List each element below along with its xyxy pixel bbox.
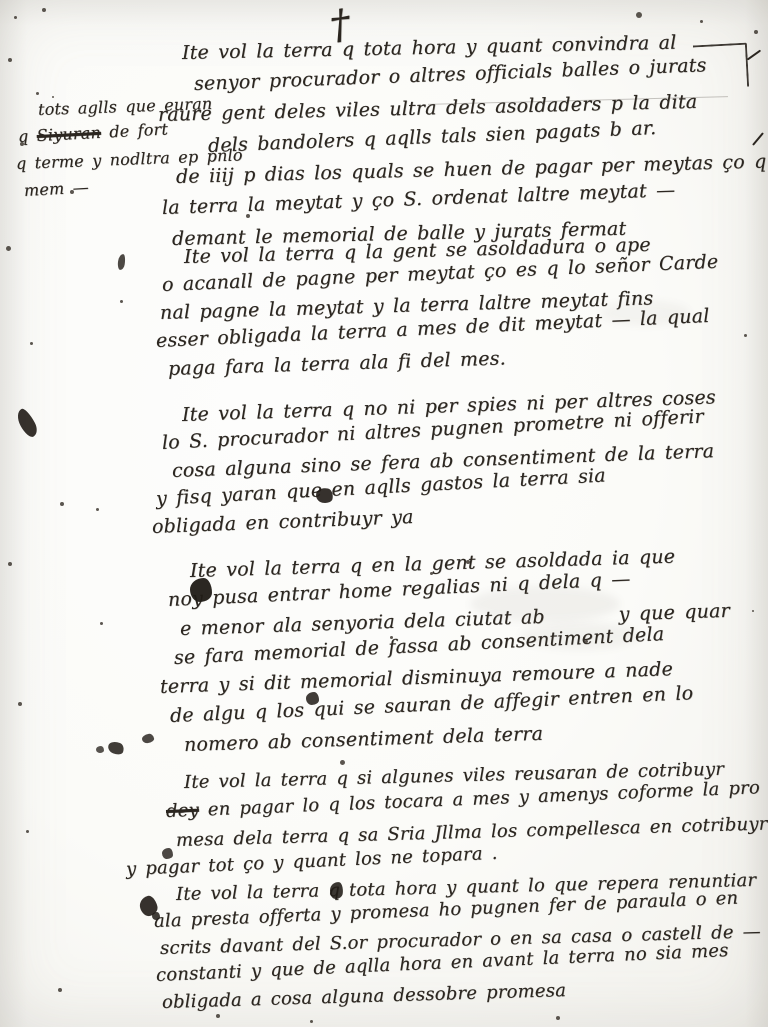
ink-blot	[152, 912, 160, 920]
ink-speck	[96, 508, 99, 511]
struck-text-segment: dey	[166, 800, 200, 822]
ink-speck	[36, 92, 39, 95]
ink-blot	[106, 740, 125, 757]
ink-speck	[340, 760, 345, 765]
ink-blot	[117, 254, 126, 271]
faded-ink-smudge	[600, 300, 690, 326]
ink-speck	[556, 1016, 560, 1020]
text-segment: paga fara la terra ala fi del mes.	[168, 347, 507, 380]
ink-speck	[14, 16, 17, 19]
ink-speck	[18, 702, 22, 706]
ink-blot	[306, 692, 319, 705]
ink-speck	[744, 334, 747, 337]
ink-speck	[636, 12, 642, 18]
ink-speck	[430, 572, 433, 575]
text-segment: nomero ab consentiment dela terra	[184, 723, 544, 756]
text-line: mem —	[23, 178, 89, 200]
ink-blot	[14, 406, 40, 439]
text-line: nomero ab consentiment dela terra	[184, 723, 544, 756]
ink-speck	[246, 214, 250, 218]
text-segment: obligada en contribuyr ya	[152, 506, 414, 538]
ink-speck	[100, 622, 103, 625]
text-line: obligada en contribuyr ya	[152, 506, 414, 538]
ink-speck	[20, 142, 24, 146]
ink-blot	[96, 746, 104, 753]
text-line: q Siyuran de fort	[18, 119, 169, 146]
text-line: paga fara la terra ala fi del mes.	[168, 347, 507, 380]
ink-speck	[6, 246, 11, 251]
ink-speck	[120, 300, 123, 303]
ink-speck	[70, 190, 74, 194]
ink-blot	[190, 578, 212, 602]
ink-speck	[8, 562, 12, 566]
ink-speck	[754, 30, 758, 34]
manuscript-page: † tots aglls que euranq Siyuran de fortq…	[0, 0, 768, 1027]
faded-ink-smudge	[520, 622, 640, 650]
ink-speck	[30, 342, 33, 345]
ink-speck	[52, 96, 54, 98]
ink-speck	[8, 58, 12, 62]
ink-speck	[700, 20, 703, 23]
text-line: de iiij p dias los quals se huen de paga…	[176, 151, 767, 188]
ink-speck	[42, 8, 46, 12]
ink-blot	[141, 733, 154, 744]
ink-blot	[162, 848, 173, 859]
ink-speck	[26, 830, 29, 833]
edge-pen-stroke	[747, 50, 761, 61]
text-line: obligada a cosa alguna dessobre promesa	[162, 980, 567, 1013]
ink-speck	[466, 560, 470, 564]
text-segment: obligada a cosa alguna dessobre promesa	[162, 980, 567, 1013]
text-segment: mem —	[23, 178, 89, 200]
ink-speck	[60, 502, 64, 506]
ink-speck	[390, 636, 393, 639]
ink-speck	[58, 988, 62, 992]
faded-ink-smudge	[470, 586, 620, 622]
text-segment: de iiij p dias los quals se huen de paga…	[176, 151, 767, 188]
ink-speck	[752, 610, 754, 612]
struck-text-segment: Siyuran	[36, 123, 101, 145]
ink-speck	[310, 1020, 313, 1023]
ink-speck	[216, 1014, 220, 1018]
edge-pen-stroke	[752, 132, 764, 146]
